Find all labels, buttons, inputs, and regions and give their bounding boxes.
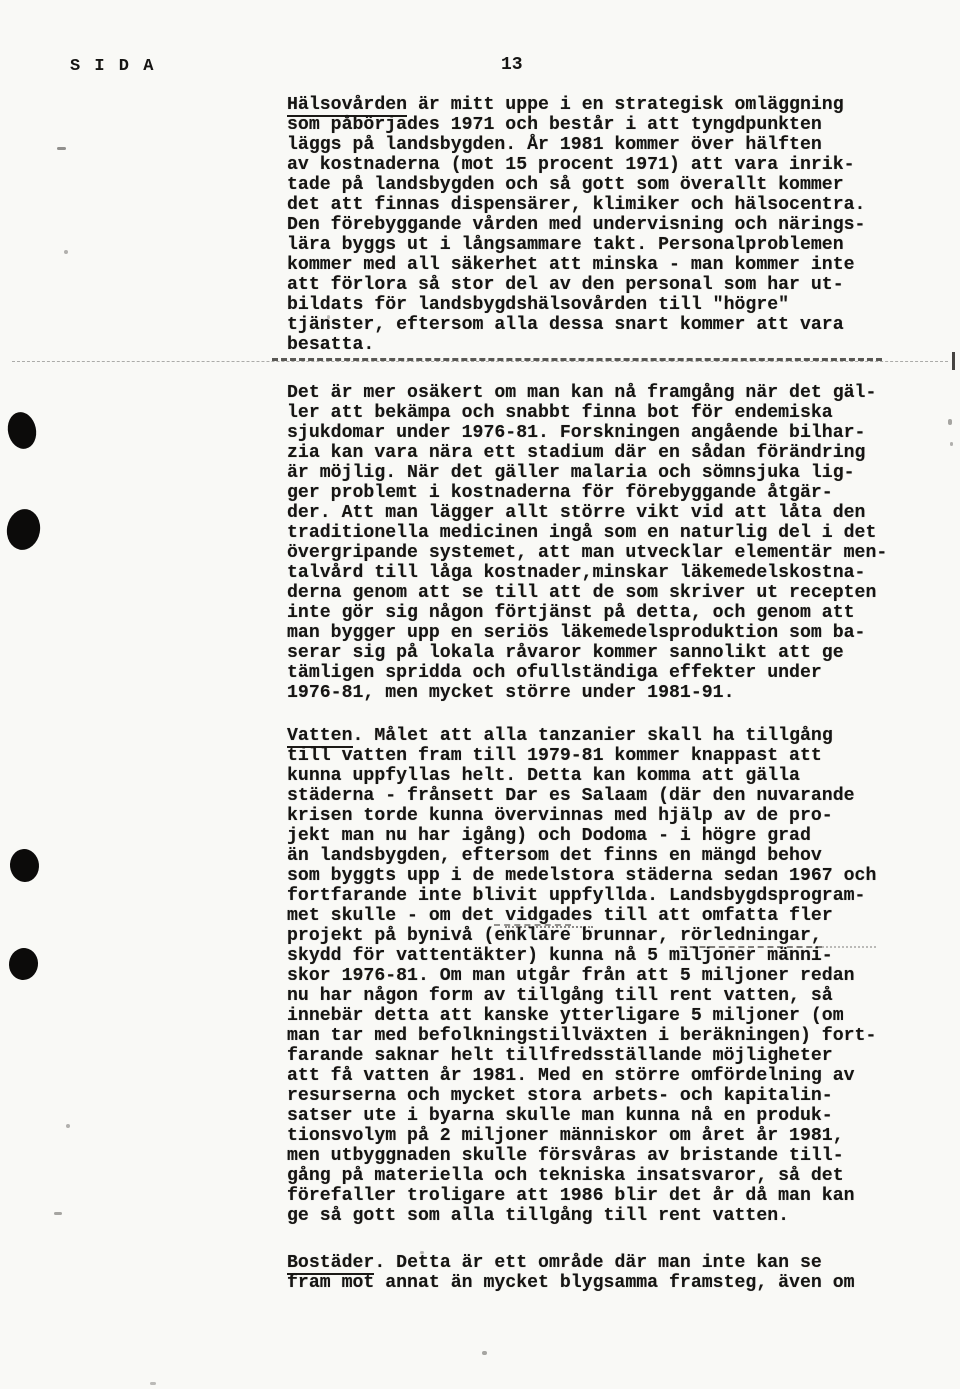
text-line: krisen torde kunna övervinnas med hjälp … bbox=[287, 806, 907, 826]
ink-blob bbox=[7, 946, 40, 982]
text-line: till vatten fram till 1979-81 kommer kna… bbox=[287, 746, 907, 766]
text-segment: till att omfatta fler bbox=[593, 906, 833, 926]
text-line: att förlora så stor del av den personal … bbox=[287, 275, 907, 295]
text-line: ler att bekämpa och snabbt finna bot för… bbox=[287, 403, 907, 423]
text-line: kunna uppfyllas helt. Detta kan komma at… bbox=[287, 766, 907, 786]
text-segment: övergripande systemet, att man utvecklar… bbox=[287, 543, 887, 563]
text-line: lära byggs ut i långsammare takt. Person… bbox=[287, 235, 907, 255]
scan-speck bbox=[150, 1382, 156, 1385]
text-line: Vatten. Målet att alla tanzanier skall h… bbox=[287, 726, 907, 746]
text-segment: innebär detta att kanske ytterligare 5 m… bbox=[287, 1006, 844, 1026]
text-segment: att förlora så stor del av den personal … bbox=[287, 275, 844, 295]
text-line: Bostäder. Detta är ett område där man in… bbox=[287, 1253, 907, 1273]
text-segment: läggs på landsbygden. År 1981 kommer öve… bbox=[287, 135, 822, 155]
text-line: gång på materiella och tekniska insatsva… bbox=[287, 1166, 907, 1186]
ink-blob bbox=[4, 506, 44, 552]
ink-blob bbox=[4, 409, 39, 451]
text-line: 1976-81, men mycket större under 1981-91… bbox=[287, 683, 907, 703]
text-segment: städerna - frånsett Dar es Salaam (där d… bbox=[287, 786, 855, 806]
text-line: tämligen spridda och ofullständiga effek… bbox=[287, 663, 907, 683]
text-line: av kostnaderna (mot 15 procent 1971) att… bbox=[287, 155, 907, 175]
text-segment: till vatten fram till 1979-81 kommer kna… bbox=[287, 746, 822, 766]
text-segment: skydd för vattentäkter) kunna nå 5 miljo… bbox=[287, 946, 833, 966]
text-line: skydd för vattentäkter) kunna nå 5 miljo… bbox=[287, 946, 907, 966]
text-line: zia kan vara nära ett stadium där en såd… bbox=[287, 443, 907, 463]
text-segment: farande saknar helt tillfredsställande m… bbox=[287, 1046, 833, 1066]
text-segment: som påbörjades 1971 och består i att tyn… bbox=[287, 115, 822, 135]
text-segment: satser ute i byarna skulle man kunna nå … bbox=[287, 1106, 833, 1126]
text-segment: att få vatten år 1981. Med en större omf… bbox=[287, 1066, 855, 1086]
text-segment: der. Att man lägger allt större vikt vid… bbox=[287, 503, 865, 523]
text-line: fortfarande inte blivit uppfyllda. Lands… bbox=[287, 886, 907, 906]
text-segment: met skulle - om det bbox=[287, 906, 505, 926]
text-segment: 1976-81, men mycket större under 1981-91… bbox=[287, 683, 735, 703]
text-segment: ger problemt i kostnaderna för förebygga… bbox=[287, 483, 833, 503]
text-segment: projekt på bynivå ( bbox=[287, 926, 494, 946]
scan-speck bbox=[57, 147, 66, 150]
text-segment: tjänster, eftersom alla dessa snart komm… bbox=[287, 315, 844, 335]
text-segment: Det är mer osäkert om man kan nå framgån… bbox=[287, 383, 876, 403]
text-segment: av kostnaderna (mot 15 procent 1971) att… bbox=[287, 155, 855, 175]
text-segment: bildats för landsbygdshälsovården till "… bbox=[287, 295, 789, 315]
text-line: satser ute i byarna skulle man kunna nå … bbox=[287, 1106, 907, 1126]
ink-blob bbox=[8, 848, 40, 884]
section-heading-halsovarden: Hälsovården bbox=[287, 95, 407, 117]
text-segment: är mitt uppe i en strategisk omläggning bbox=[407, 95, 844, 115]
text-segment: brunnar, bbox=[571, 926, 680, 946]
text-segment: man bygger upp en seriös läkemedelsprodu… bbox=[287, 623, 865, 643]
text-line: talvård till låga kostnader,minskar läke… bbox=[287, 563, 907, 583]
text-segment: traditionella medicinen ingå som en natu… bbox=[287, 523, 876, 543]
text-line: man bygger upp en seriös läkemedelsprodu… bbox=[287, 623, 907, 643]
text-line: man tar med befolkningstillväxten i berä… bbox=[287, 1026, 907, 1046]
text-segment: än landsbygden, eftersom det finns en mä… bbox=[287, 846, 822, 866]
text-segment: serar sig på lokala råvaror kommer sanno… bbox=[287, 643, 844, 663]
text-segment: lära byggs ut i långsammare takt. Person… bbox=[287, 235, 844, 255]
text-segment: kunna uppfyllas helt. Detta kan komma at… bbox=[287, 766, 800, 786]
text-line: tjänster, eftersom alla dessa snart komm… bbox=[287, 315, 907, 335]
text-segment: jekt man nu har igång) och Dodoma - i hö… bbox=[287, 826, 811, 846]
text-line: Det är mer osäkert om man kan nå framgån… bbox=[287, 383, 907, 403]
text-line: är möjlig. När det gäller malaria och sö… bbox=[287, 463, 907, 483]
text-segment: tade på landsbygden och så gott som över… bbox=[287, 175, 844, 195]
separator-line bbox=[272, 358, 882, 361]
text-segment: zia kan vara nära ett stadium där en såd… bbox=[287, 443, 865, 463]
text-segment: fortfarande inte blivit uppfyllda. Lands… bbox=[287, 886, 865, 906]
text-segment: besatta. bbox=[287, 335, 374, 355]
text-line: skor 1976-81. Om man utgår från att 5 mi… bbox=[287, 966, 907, 986]
scan-speck bbox=[948, 419, 952, 425]
text-segment: det att finnas dispensärer, klimiker och… bbox=[287, 195, 865, 215]
scan-speck bbox=[420, 1251, 424, 1254]
text-line: traditionella medicinen ingå som en natu… bbox=[287, 523, 907, 543]
text-segment bbox=[822, 926, 877, 948]
text-segment: rörledningar, bbox=[680, 926, 822, 948]
text-line: sjukdomar under 1976-81. Forskningen ang… bbox=[287, 423, 907, 443]
text-line: besatta. bbox=[287, 335, 907, 355]
text-segment: tämligen spridda och ofullständiga effek… bbox=[287, 663, 822, 683]
text-segment: Den förebyggande vården med undervisning… bbox=[287, 215, 865, 235]
text-line: förefaller troligare att 1986 blir det å… bbox=[287, 1186, 907, 1206]
text-segment: talvård till låga kostnader,minskar läke… bbox=[287, 563, 865, 583]
text-segment: tionsvolym på 2 miljoner människor om år… bbox=[287, 1126, 844, 1146]
section-heading-vatten: Vatten bbox=[287, 726, 353, 748]
text-segment: kommer med all säkerhet att minska - man… bbox=[287, 255, 855, 275]
separator-end-tick bbox=[952, 352, 955, 370]
text-line: tade på landsbygden och så gott som över… bbox=[287, 175, 907, 195]
text-segment: nu har någon form av tillgång till rent … bbox=[287, 986, 833, 1006]
text-line: Den förebyggande vården med undervisning… bbox=[287, 215, 907, 235]
text-line: bildats för landsbygdshälsovården till "… bbox=[287, 295, 907, 315]
text-line: jekt man nu har igång) och Dodoma - i hö… bbox=[287, 826, 907, 846]
text-line: ge så gott som alla tillgång till rent v… bbox=[287, 1206, 907, 1226]
text-segment: resurserna och mycket stora arbets- och … bbox=[287, 1086, 833, 1106]
text-line: att få vatten år 1981. Med en större omf… bbox=[287, 1066, 907, 1086]
text-line: innebär detta att kanske ytterligare 5 m… bbox=[287, 1006, 907, 1026]
scan-speck bbox=[482, 1351, 487, 1355]
header-sida-label: S I D A bbox=[70, 57, 155, 76]
separator-line-faint bbox=[12, 361, 948, 362]
text-line: farande saknar helt tillfredsställande m… bbox=[287, 1046, 907, 1066]
text-line: inte gör sig någon förtjänst på detta, o… bbox=[287, 603, 907, 623]
section-heading-bostader: Bostäder bbox=[287, 1253, 374, 1275]
text-line: ger problemt i kostnaderna för förebygga… bbox=[287, 483, 907, 503]
text-segment: . Målet att alla tanzanier skall ha till… bbox=[353, 726, 833, 746]
text-line: resurserna och mycket stora arbets- och … bbox=[287, 1086, 907, 1106]
page-number: 13 bbox=[501, 55, 523, 75]
text-line: det att finnas dispensärer, klimiker och… bbox=[287, 195, 907, 215]
text-line: som påbörjades 1971 och består i att tyn… bbox=[287, 115, 907, 135]
text-line: som byggts upp i de medelstora städerna … bbox=[287, 866, 907, 886]
text-segment: inte gör sig någon förtjänst på detta, o… bbox=[287, 603, 855, 623]
text-segment: ge så gott som alla tillgång till rent v… bbox=[287, 1206, 789, 1226]
text-segment: sjukdomar under 1976-81. Forskningen ang… bbox=[287, 423, 865, 443]
text-segment: gång på materiella och tekniska insatsva… bbox=[287, 1166, 844, 1186]
paragraph-halsovarden: Hälsovården är mitt uppe i en strategisk… bbox=[287, 95, 907, 355]
text-line: kommer med all säkerhet att minska - man… bbox=[287, 255, 907, 275]
text-segment: som byggts upp i de medelstora städerna … bbox=[287, 866, 876, 886]
text-segment: derna genom att se till att de som skriv… bbox=[287, 583, 876, 603]
text-line: serar sig på lokala råvaror kommer sanno… bbox=[287, 643, 907, 663]
scan-speck bbox=[327, 315, 330, 319]
paragraph-osakert: Det är mer osäkert om man kan nå framgån… bbox=[287, 383, 907, 703]
text-line: städerna - frånsett Dar es Salaam (där d… bbox=[287, 786, 907, 806]
text-segment: enklare bbox=[494, 924, 570, 946]
paragraph-bostader: Bostäder. Detta är ett område där man in… bbox=[287, 1253, 907, 1293]
text-line: än landsbygden, eftersom det finns en mä… bbox=[287, 846, 907, 866]
text-segment: förefaller troligare att 1986 blir det å… bbox=[287, 1186, 855, 1206]
text-line: derna genom att se till att de som skriv… bbox=[287, 583, 907, 603]
text-line: der. Att man lägger allt större vikt vid… bbox=[287, 503, 907, 523]
text-line: Hälsovården är mitt uppe i en strategisk… bbox=[287, 95, 907, 115]
text-line: läggs på landsbygden. År 1981 kommer öve… bbox=[287, 135, 907, 155]
scan-speck bbox=[950, 442, 953, 446]
scan-speck bbox=[54, 1212, 62, 1215]
text-segment: man tar med befolkningstillväxten i berä… bbox=[287, 1026, 876, 1046]
text-line: nu har någon form av tillgång till rent … bbox=[287, 986, 907, 1006]
text-line: tionsvolym på 2 miljoner människor om år… bbox=[287, 1126, 907, 1146]
text-segment: skor 1976-81. Om man utgår från att 5 mi… bbox=[287, 966, 855, 986]
text-segment: ler att bekämpa och snabbt finna bot för… bbox=[287, 403, 833, 423]
paragraph-vatten: Vatten. Målet att alla tanzanier skall h… bbox=[287, 726, 907, 1226]
text-segment: fram mot annat än mycket blygsamma frams… bbox=[287, 1273, 855, 1293]
scan-speck bbox=[66, 1124, 70, 1128]
text-segment: . Detta är ett område där man inte kan s… bbox=[374, 1253, 822, 1273]
text-line: fram mot annat än mycket blygsamma frams… bbox=[287, 1273, 907, 1293]
text-line: övergripande systemet, att man utvecklar… bbox=[287, 543, 907, 563]
text-segment: men utbyggnaden skulle försvåras av bris… bbox=[287, 1146, 844, 1166]
scan-speck bbox=[64, 250, 68, 254]
text-line: met skulle - om det vidgades till att om… bbox=[287, 906, 907, 926]
text-line: men utbyggnaden skulle försvåras av bris… bbox=[287, 1146, 907, 1166]
text-segment: krisen torde kunna övervinnas med hjälp … bbox=[287, 806, 833, 826]
text-segment: är möjlig. När det gäller malaria och sö… bbox=[287, 463, 855, 483]
text-line: projekt på bynivå (enklare brunnar, rörl… bbox=[287, 926, 907, 946]
scanned-document-page: S I D A 13 Hälsovården är mitt uppe i en… bbox=[0, 0, 960, 1389]
